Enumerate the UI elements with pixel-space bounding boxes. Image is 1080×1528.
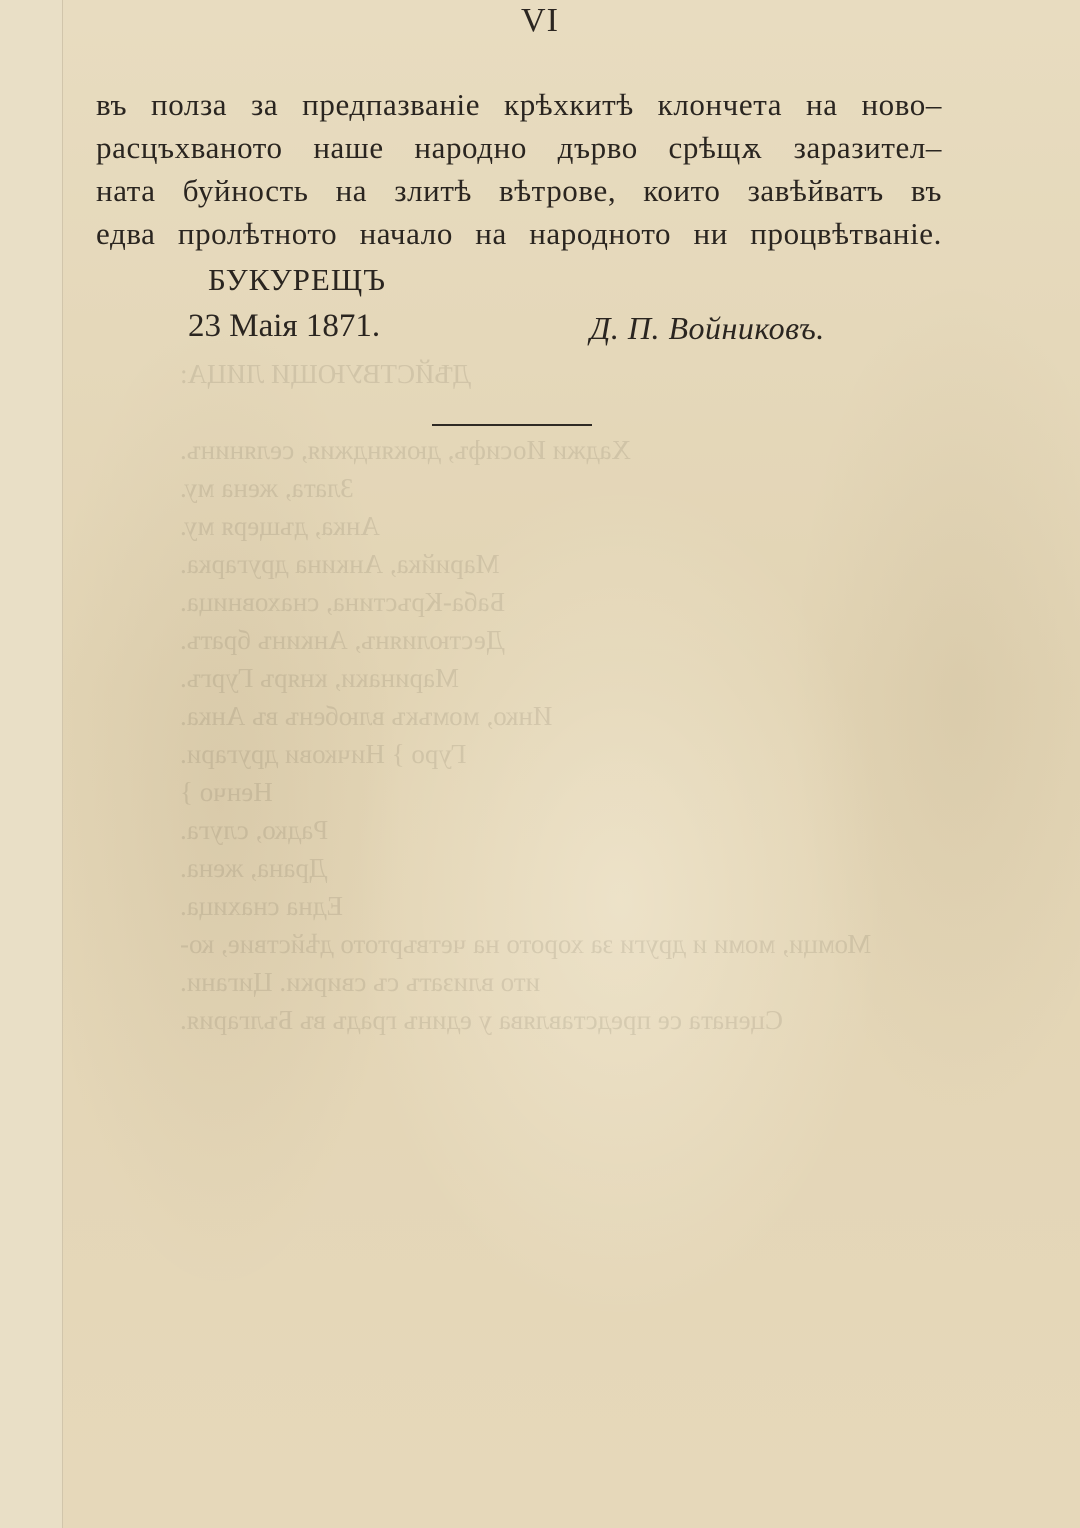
author-signature: Д. П. Войниковъ.: [590, 310, 825, 347]
section-divider: [432, 424, 592, 426]
text-line: ната буйность на злитѣ вѣтрове, които за…: [96, 169, 942, 212]
date-line: 23 Маiя 1871.: [188, 308, 380, 345]
scanned-page: ДѢЙСТВУЮЩИ ЛИЦА: Хаджи Иосифъ, дюкянджия…: [0, 0, 1080, 1528]
text-line: едва пролѣтното начало на народното ни п…: [96, 212, 942, 255]
place-heading: БУКУРЕЩЪ: [208, 262, 386, 298]
text-line: расцъхваното наше народно дърво срѣщѫ за…: [96, 126, 942, 169]
paragraph-text: въ полза за предпазванiе крѣхкитѣ клонче…: [96, 83, 942, 255]
show-through-text: ДѢЙСТВУЮЩИ ЛИЦА: Хаджи Иосифъ, дюкянджия…: [180, 355, 940, 1039]
page-number: VI: [0, 2, 1080, 40]
text-line: въ полза за предпазванiе крѣхкитѣ клонче…: [96, 83, 942, 126]
page-fold-margin: [0, 0, 63, 1528]
